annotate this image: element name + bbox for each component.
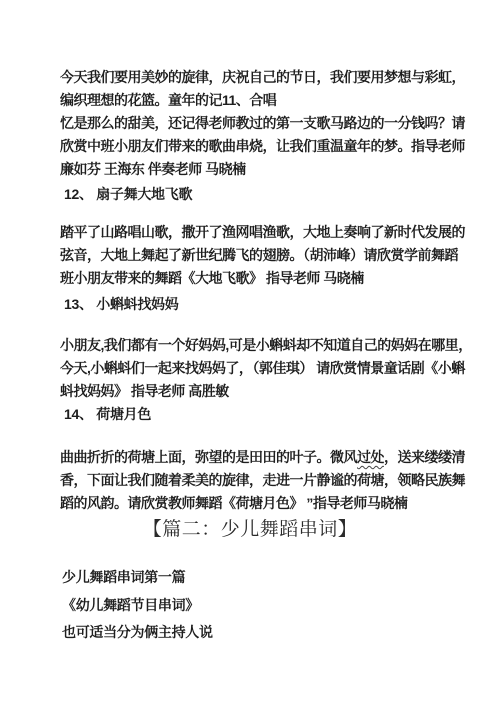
intro-paragraph: 今天我们要用美妙的旋律，庆祝自己的节日，我们要用梦想与彩虹， 编织理想的花篮。童… (60, 66, 485, 181)
footer-line-note: 也可适当分为俩主持人说 (62, 621, 482, 644)
document-page: 今天我们要用美妙的旋律，庆祝自己的节日，我们要用梦想与彩虹， 编织理想的花篮。童… (0, 0, 500, 707)
section-body-12: 踏平了山路唱山歌，撒开了渔网唱渔歌，大地上奏响了新时代发展的 弦音，大地上舞起了… (60, 221, 485, 290)
part-two-heading: 【篇二：少儿舞蹈串词】 (0, 517, 500, 543)
spellcheck-underlined-text: 过处 (357, 449, 384, 465)
footer-line-subtitle: 《幼儿舞蹈节目串词》 (62, 594, 482, 617)
section-heading-13: 13、 小蝌蚪找妈妈 (64, 293, 484, 316)
section-heading-14: 14、 荷塘月色 (64, 403, 484, 426)
section-body-14: 曲曲折折的荷塘上面，弥望的是田田的叶子。微风过处，送来缕缕清 香，下面让我们随着… (60, 446, 485, 515)
section-heading-12: 12、 扇子舞大地飞歌 (64, 183, 484, 206)
footer-line-title: 少儿舞蹈串词第一篇 (62, 566, 482, 589)
section-body-14-text: 曲曲折折的荷塘上面，弥望的是田田的叶子。微风 (60, 449, 357, 465)
section-body-13: 小朋友,我们都有一个好妈妈,可是小蝌蚪却不知道自己的妈妈在哪里， 今天,小蝌蚪们… (60, 334, 485, 403)
